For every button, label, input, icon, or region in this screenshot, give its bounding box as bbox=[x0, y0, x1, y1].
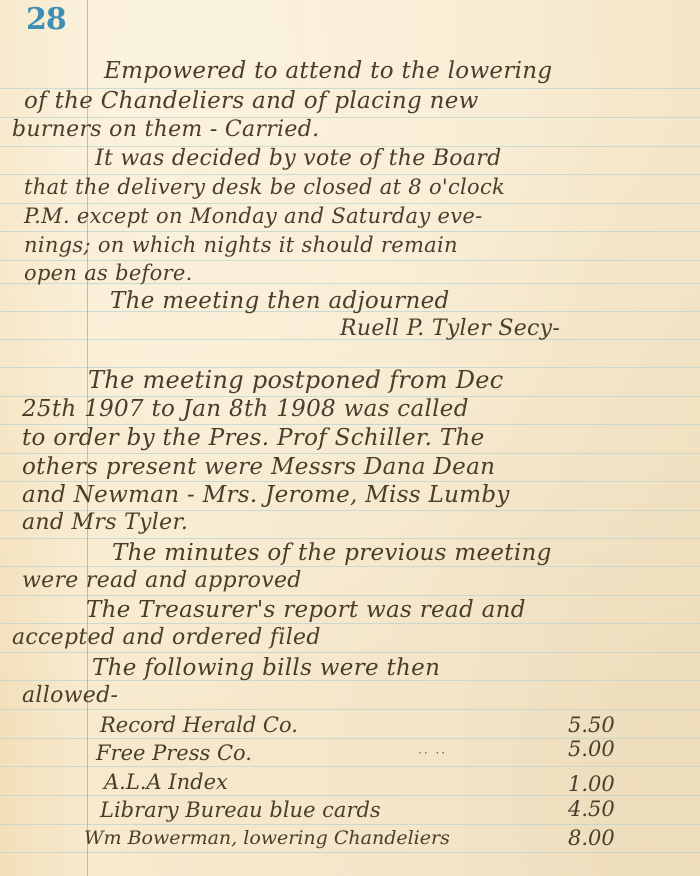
text-line: and Newman - Mrs. Jerome, Miss Lumby bbox=[22, 482, 510, 508]
text-line: The meeting then adjourned bbox=[110, 288, 450, 314]
ruled-line bbox=[0, 766, 700, 767]
secretary-signature: Ruell P. Tyler Secy- bbox=[340, 316, 560, 341]
ruled-line bbox=[0, 652, 700, 653]
text-line: nings; on which nights it should remain bbox=[24, 233, 458, 257]
ruled-line bbox=[0, 566, 700, 567]
text-line: others present were Messrs Dana Dean bbox=[22, 454, 495, 480]
text-line: P.M. except on Monday and Saturday eve- bbox=[24, 204, 483, 228]
text-line: were read and approved bbox=[22, 568, 302, 593]
text-line: It was decided by vote of the Board bbox=[95, 146, 501, 171]
page-number: 28 bbox=[26, 2, 66, 37]
text-line: The following bills were then bbox=[92, 655, 440, 681]
ruled-line bbox=[0, 231, 700, 232]
bill-amount: 8.00 bbox=[568, 826, 615, 850]
bill-amount: 5.00 bbox=[568, 737, 615, 761]
bill-payee: Record Herald Co. bbox=[100, 713, 298, 737]
bill-payee: Library Bureau blue cards bbox=[100, 798, 381, 822]
text-line: The meeting postponed from Dec bbox=[88, 366, 504, 394]
ledger-page: 28 Empowered to attend to the lowering o… bbox=[0, 0, 700, 876]
text-line: that the delivery desk be closed at 8 o'… bbox=[24, 175, 505, 199]
ruled-line bbox=[0, 623, 700, 624]
text-line: allowed- bbox=[22, 683, 118, 708]
ruled-line bbox=[0, 595, 700, 596]
text-line: open as before. bbox=[24, 261, 193, 285]
text-line: of the Chandeliers and of placing new bbox=[24, 88, 479, 114]
dot-leader: ·· ·· bbox=[418, 746, 447, 760]
bill-amount: 1.00 bbox=[568, 772, 615, 796]
bill-amount: 5.50 bbox=[568, 713, 615, 737]
text-line: 25th 1907 to Jan 8th 1908 was called bbox=[22, 396, 469, 422]
ruled-line bbox=[0, 824, 700, 825]
text-line: and Mrs Tyler. bbox=[22, 510, 188, 535]
ruled-line bbox=[0, 852, 700, 853]
text-line: to order by the Pres. Prof Schiller. The bbox=[22, 425, 485, 451]
ruled-line bbox=[0, 538, 700, 539]
text-line: The minutes of the previous meeting bbox=[112, 540, 552, 566]
bill-amount: 4.50 bbox=[568, 797, 615, 821]
text-line: The Treasurer's report was read and bbox=[86, 597, 526, 623]
bill-payee: Wm Bowerman, lowering Chandeliers bbox=[84, 827, 450, 849]
bill-payee: A.L.A Index bbox=[104, 770, 228, 794]
text-line: accepted and ordered filed bbox=[12, 625, 321, 650]
text-line: burners on them - Carried. bbox=[12, 117, 319, 142]
ruled-line bbox=[0, 709, 700, 710]
bill-payee: Free Press Co. bbox=[96, 741, 252, 765]
text-line: Empowered to attend to the lowering bbox=[104, 58, 552, 84]
